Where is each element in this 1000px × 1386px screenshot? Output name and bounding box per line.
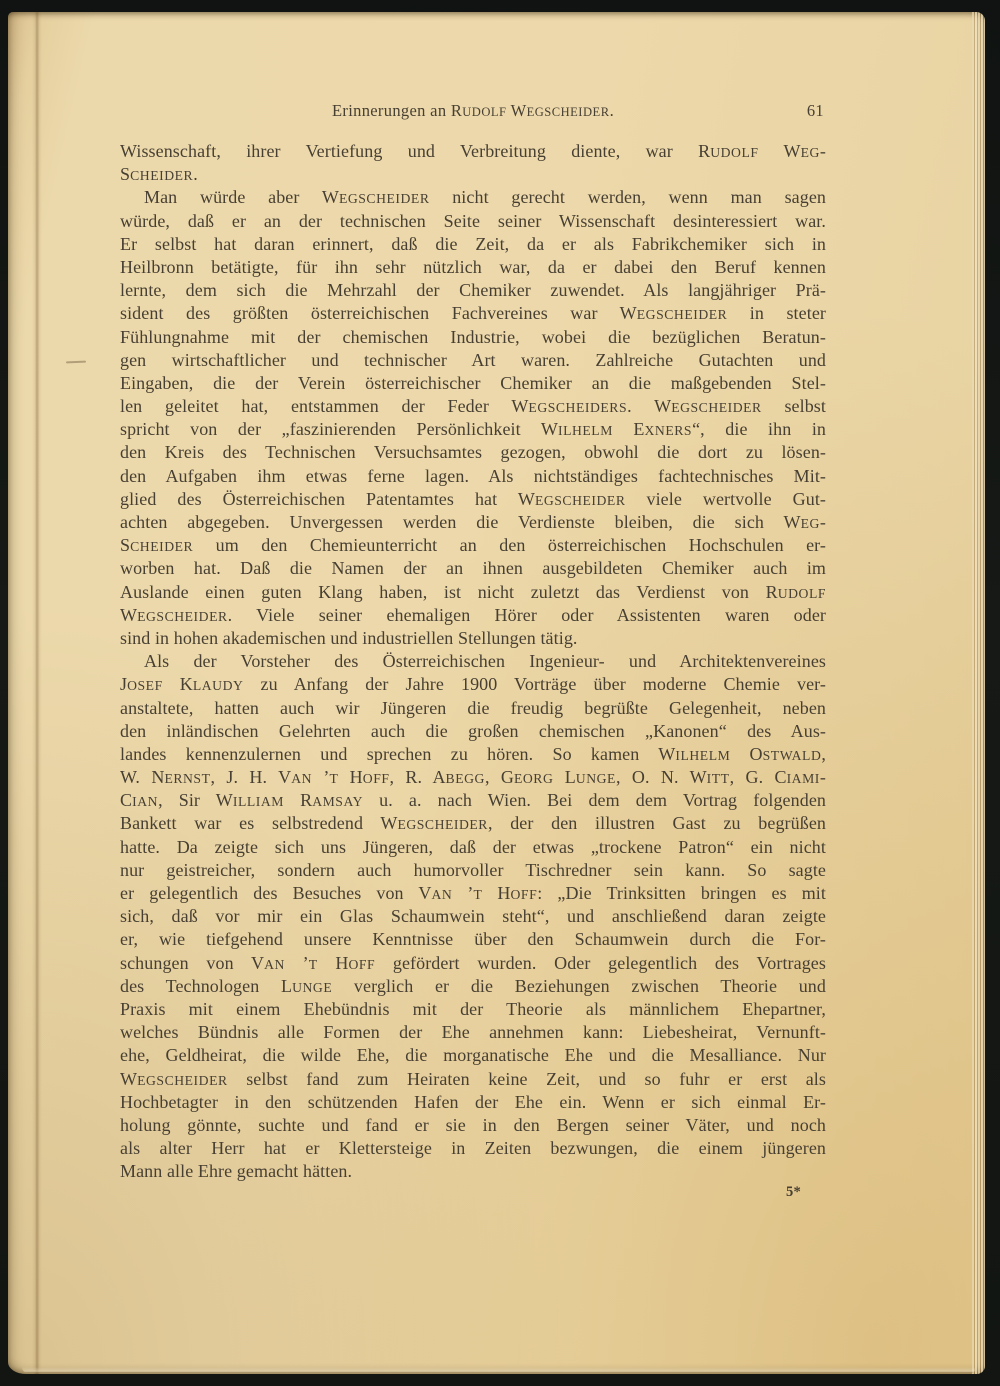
margin-pencil-mark (66, 361, 86, 364)
page-number: 61 (807, 100, 824, 121)
text-line: Eingaben, die der Verein österreichische… (120, 372, 826, 395)
text-line: worben hat. Daß die Namen der an ihnen a… (120, 557, 826, 580)
text-line: des Technologen LUNGE verglich er die Be… (120, 975, 826, 998)
text-line: WEGSCHEIDER. Viele seiner ehemaligen Hör… (120, 604, 826, 627)
text-line: anstaltete, hatten auch wir Jüngeren die… (120, 697, 826, 720)
body-text: Wissenschaft, ihrer Vertiefung und Verbr… (120, 140, 826, 1183)
header-title: Erinnerungen an RUDOLF WEGSCHEIDER. (332, 101, 614, 120)
text-line: Er selbst hat daran erinnert, daß die Ze… (120, 233, 826, 256)
text-line: sind in hohen akademischen und industrie… (120, 627, 826, 650)
text-line: er gelegentlich des Besuches von VAN ’T … (120, 882, 826, 905)
text-line: CIAN, Sir WILLIAM RAMSAY u. a. nach Wien… (120, 789, 826, 812)
text-line: JOSEF KLAUDY zu Anfang der Jahre 1900 Vo… (120, 673, 826, 696)
text-line: Als der Vorsteher des Österreichischen I… (120, 650, 826, 673)
type-area: Erinnerungen an RUDOLF WEGSCHEIDER. 61 W… (120, 12, 826, 1374)
text-line: den Aufgaben ihm etwas ferne lagen. Als … (120, 465, 826, 488)
text-line: W. NERNST, J. H. VAN ’T HOFF, R. ABEGG, … (120, 766, 826, 789)
text-line: hatte. Da zeigte sich uns Jüngeren, daß … (120, 836, 826, 859)
text-line: Man würde aber WEGSCHEIDER nicht gerecht… (120, 186, 826, 209)
text-line: er, wie tiefgehend unsere Kenntnisse übe… (120, 928, 826, 951)
text-line: Bankett war es selbstredend WEGSCHEIDER,… (120, 812, 826, 835)
text-line: len geleitet hat, entstammen der Feder W… (120, 395, 826, 418)
text-line: den Kreis des Technischen Versuchsamtes … (120, 441, 826, 464)
text-line: landes kennenzulernen und sprechen zu hö… (120, 743, 826, 766)
text-line: als alter Herr hat er Klettersteige in Z… (120, 1137, 826, 1160)
text-line: Praxis mit einem Ehebündnis mit der Theo… (120, 998, 826, 1021)
text-line: glied des Österreichischen Patentamtes h… (120, 488, 826, 511)
page-edge-stack (972, 12, 985, 1374)
page-crease (32, 12, 42, 1374)
text-line: sich, daß vor mir ein Glas Schaumwein st… (120, 905, 826, 928)
book-page: Erinnerungen an RUDOLF WEGSCHEIDER. 61 W… (8, 12, 985, 1374)
text-line: nur geistreicher, sondern auch humorvoll… (120, 859, 826, 882)
text-line: würde, daß er an der technischen Seite s… (120, 210, 826, 233)
text-line: lernte, dem sich die Mehrzahl der Chemik… (120, 279, 826, 302)
text-line: gen wirtschaftlicher und technischer Art… (120, 349, 826, 372)
text-line: schungen von VAN ’T HOFF gefördert wurde… (120, 952, 826, 975)
text-line: Wissenschaft, ihrer Vertiefung und Verbr… (120, 140, 826, 163)
text-line: holung gönnte, suchte und fand er sie in… (120, 1114, 826, 1137)
text-line: Mann alle Ehre gemacht hätten. (120, 1160, 826, 1183)
text-line: sident des größten österreichischen Fach… (120, 302, 826, 325)
text-line: spricht von der „faszinierenden Persönli… (120, 418, 826, 441)
text-line: ehe, Geldheirat, die wilde Ehe, die morg… (120, 1044, 826, 1067)
text-line: Heilbronn betätigte, für ihn sehr nützli… (120, 256, 826, 279)
text-line: welches Bündnis alle Formen der Ehe anne… (120, 1021, 826, 1044)
text-line: Auslande einen guten Klang haben, ist ni… (120, 581, 826, 604)
text-line: den inländischen Gelehrten auch die groß… (120, 720, 826, 743)
text-line: Hochbetagter in den schützenden Hafen de… (120, 1091, 826, 1114)
text-line: SCHEIDER. (120, 163, 826, 186)
text-line: achten abgegeben. Unvergessen werden die… (120, 511, 826, 534)
text-line: SCHEIDER um den Chemieunterricht an den … (120, 534, 826, 557)
signature-mark: 5* (786, 1184, 801, 1201)
text-line: Fühlungnahme mit der chemischen Industri… (120, 326, 826, 349)
text-line: WEGSCHEIDER selbst fand zum Heiraten kei… (120, 1068, 826, 1091)
running-header: Erinnerungen an RUDOLF WEGSCHEIDER. 61 (120, 100, 826, 123)
